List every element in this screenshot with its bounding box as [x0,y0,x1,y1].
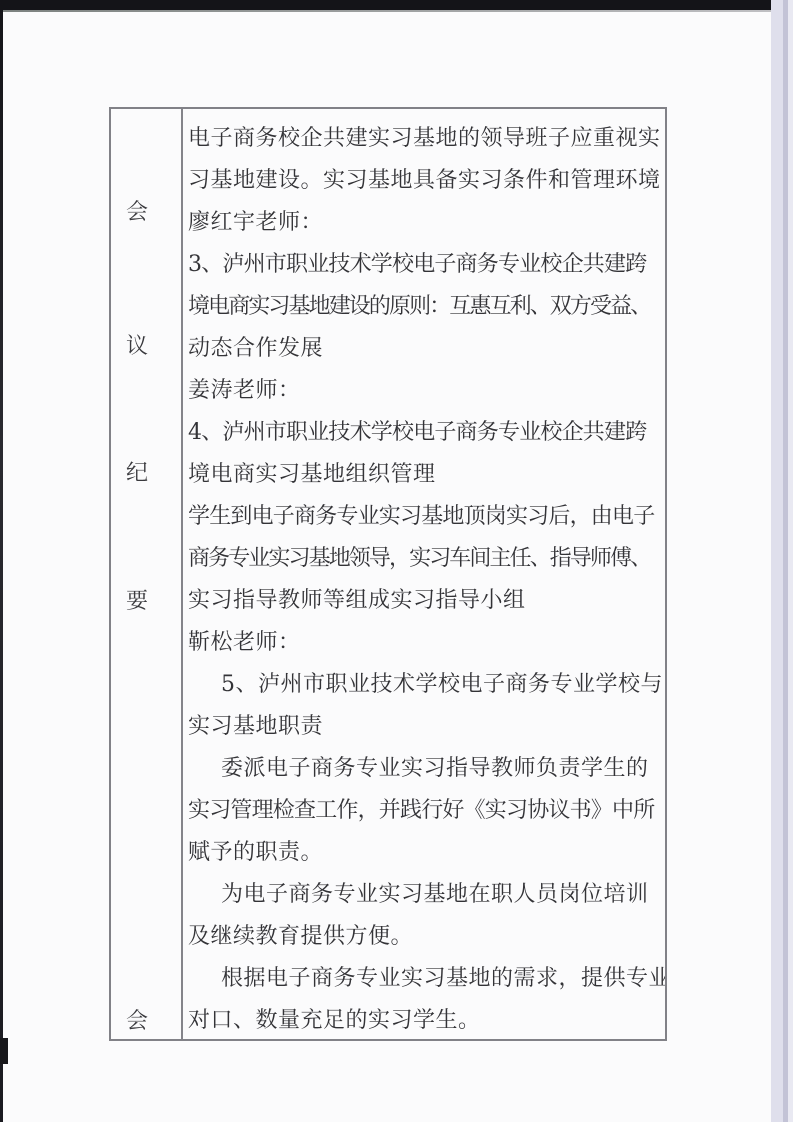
content-line: 境电商实习基地组织管理 [188,454,661,496]
content-line: 赋予的职责。 [188,832,661,874]
row-label-char: 议 [111,335,163,359]
minutes-table: 会 议 纪 要 会 电子商务校企共建实习基地的领导班子应重视实 习基地建设。实习… [109,107,667,1041]
content-line: 习基地建设。实习基地具备实习条件和管理环境 [188,160,661,202]
content-line: 实习管理检查工作，并践行好《实习协议书》中所 [188,790,661,832]
content-line: 实习指导教师等组成实习指导小组 [188,580,661,622]
content-line: 4、泸州市职业技术学校电子商务专业校企共建跨 [188,412,661,454]
row-label-char: 纪 [111,462,163,486]
content-line: 商务专业实习基地领导，实习车间主任、指导师傅、 [188,538,661,580]
content-line: 学生到电子商务专业实习基地顶岗实习后，由电子 [188,496,661,538]
row-label-char: 会 [111,201,163,225]
minutes-content-cell: 电子商务校企共建实习基地的领导班子应重视实 习基地建设。实习基地具备实习条件和管… [183,109,665,1039]
content-line: 5、泸州市职业技术学校电子商务专业学校与 [188,664,661,706]
row-label-cell: 会 议 纪 要 会 [111,109,181,1039]
content-line: 为电子商务专业实习基地在职人员岗位培训 [188,874,661,916]
content-line: 委派电子商务专业实习指导教师负责学生的 [188,748,661,790]
scan-left-edge-shadow [0,0,3,1122]
content-line: 境电商实习基地建设的原则：互惠互利、双方受益、 [188,286,661,328]
row-label-char: 要 [111,590,163,614]
scan-right-edge-outer [788,0,793,1122]
content-line: 廖红宇老师： [188,202,661,244]
scan-left-edge-notch [0,1038,8,1064]
content-line: 靳松老师： [188,622,661,664]
next-row-label-char: 会 [111,1010,163,1034]
content-line: 根据电子商务专业实习基地的需求，提供专业 [188,958,661,1000]
content-line: 姜涛老师： [188,370,661,412]
scanned-document-page: { "colors": { "ink": "#333337", "table_b… [0,0,793,1122]
content-line: 及继续教育提供方便。 [188,916,661,958]
content-line: 电子商务校企共建实习基地的领导班子应重视实 [188,118,661,160]
scan-top-edge-shadow [0,0,793,10]
scan-right-edge-band [771,0,783,1122]
content-line: 3、泸州市职业技术学校电子商务专业校企共建跨 [188,244,661,286]
content-line: 对口、数量充足的实习学生。 [188,1000,661,1039]
content-line: 动态合作发展 [188,328,661,370]
content-line: 实习基地职责 [188,706,661,748]
